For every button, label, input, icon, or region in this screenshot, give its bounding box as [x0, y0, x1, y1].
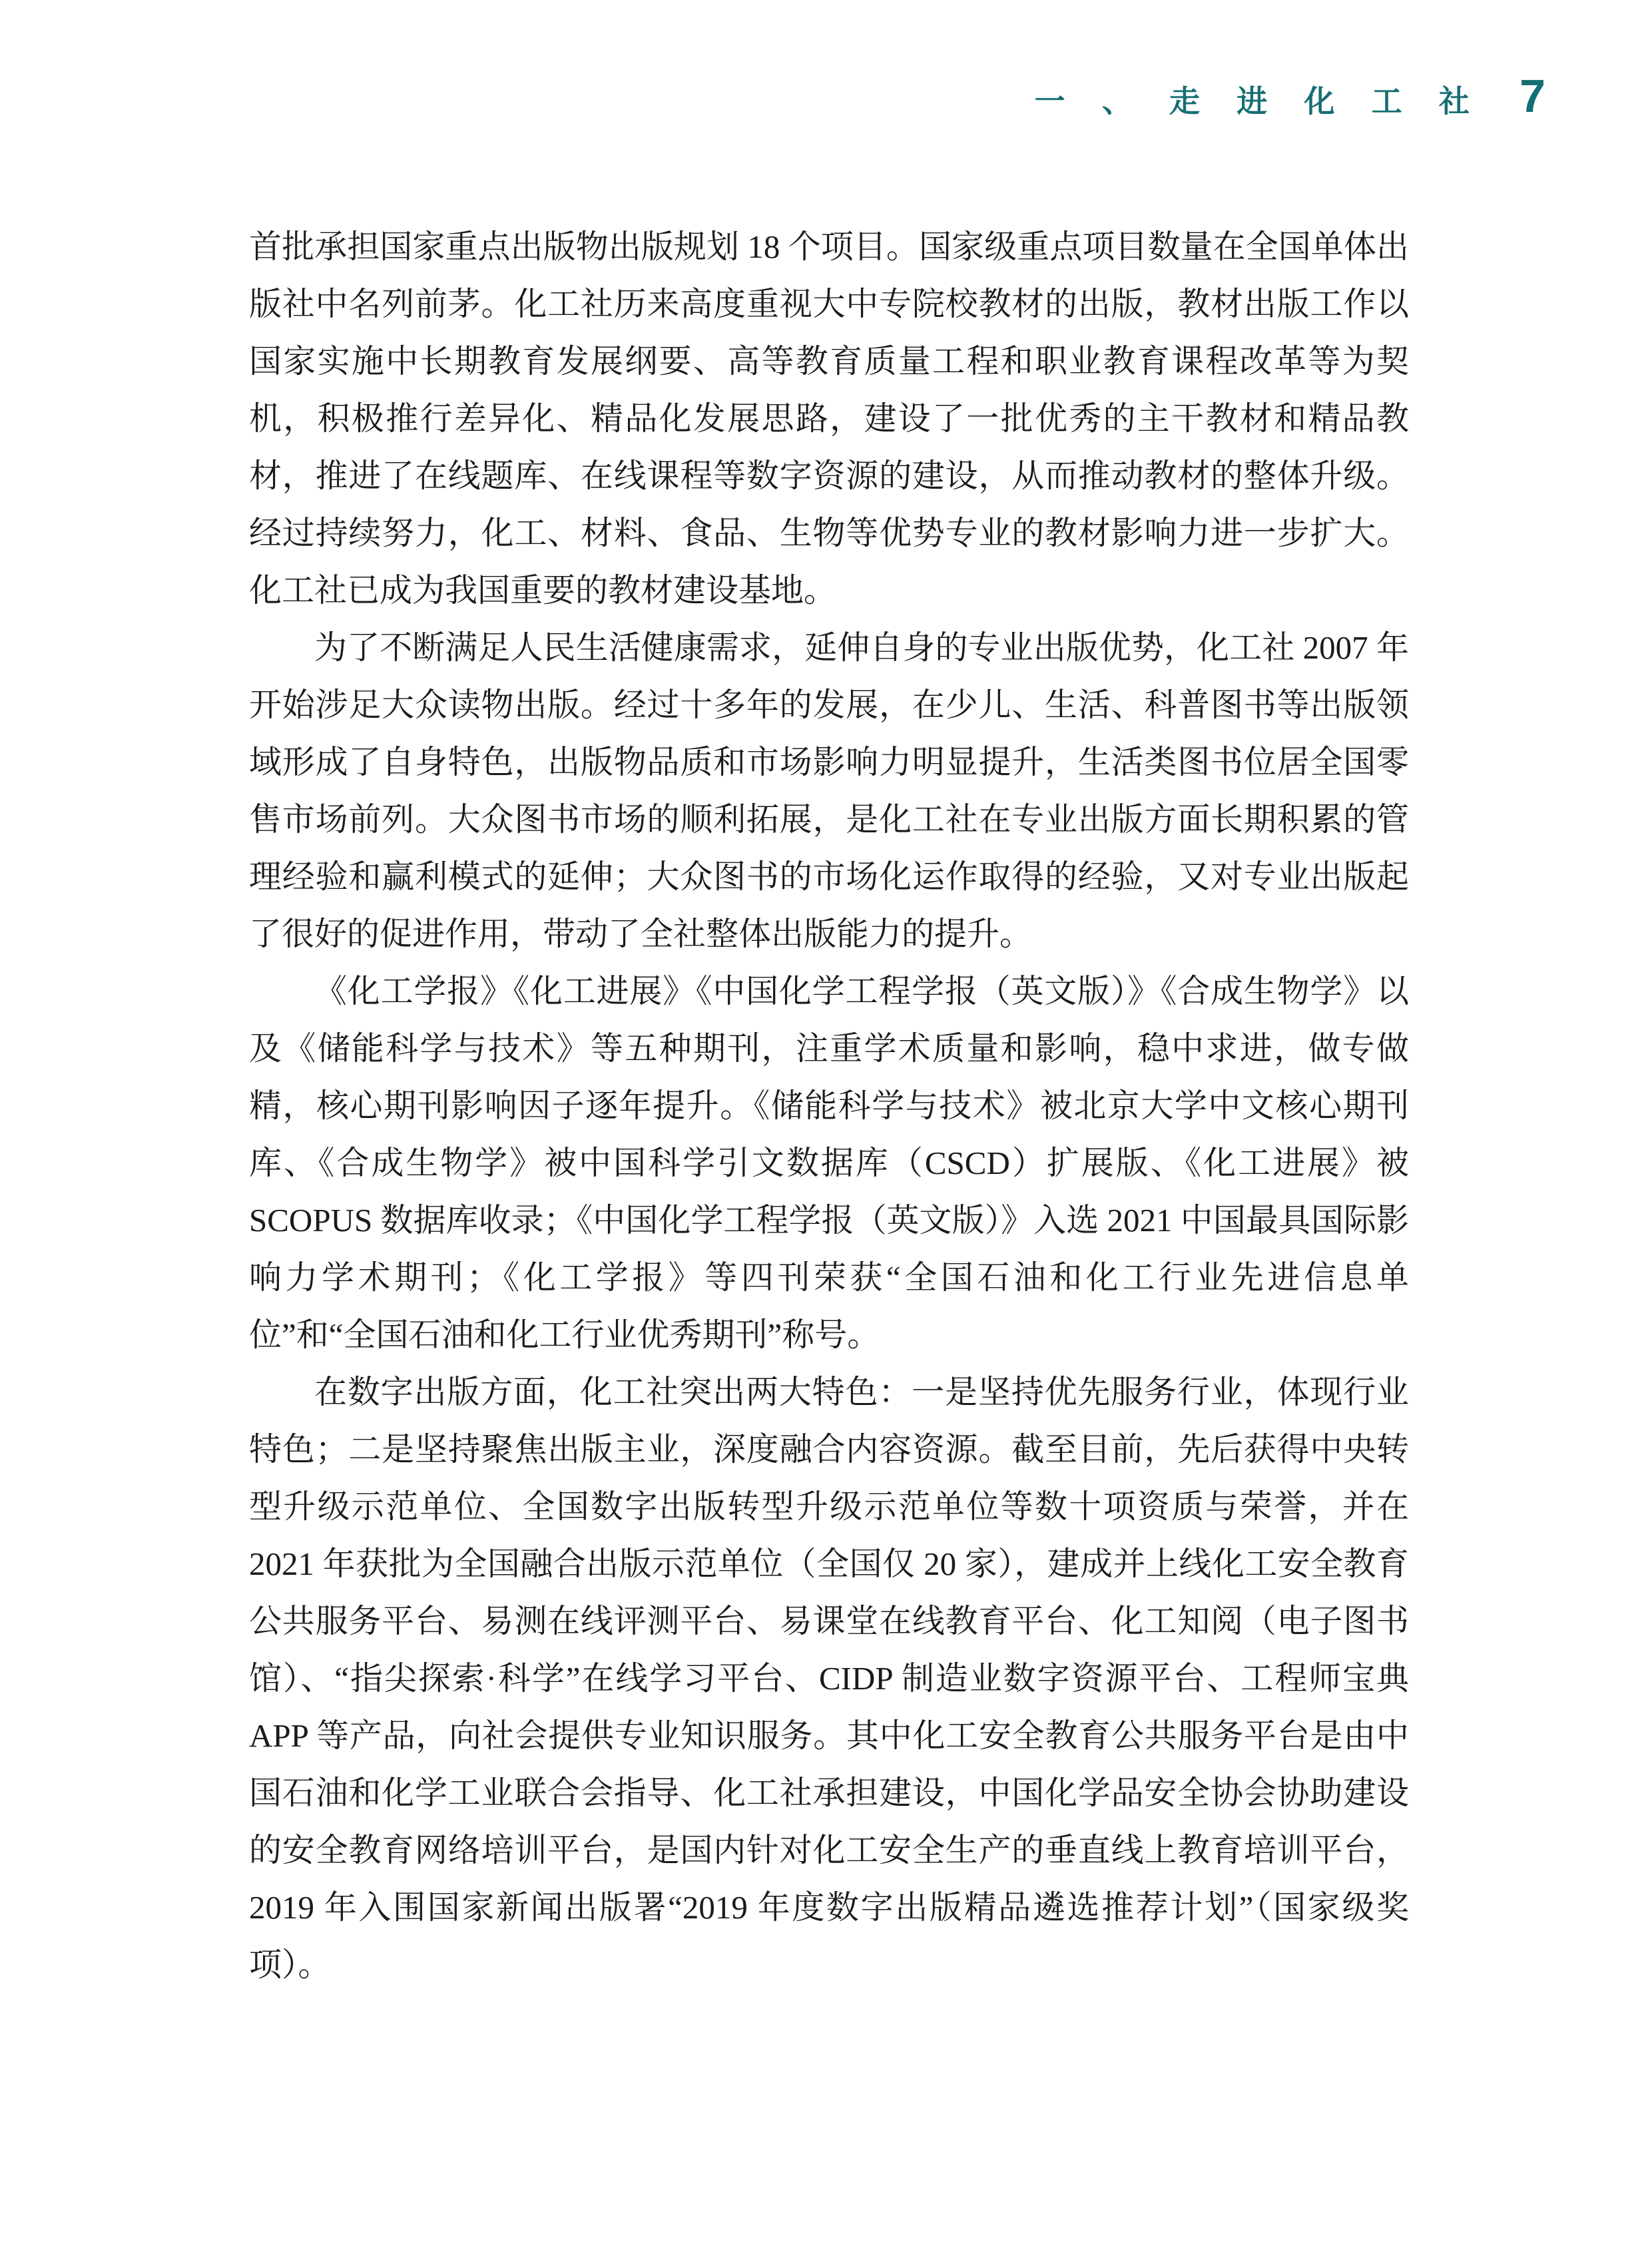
running-header: 一、走进化工社 7 [250, 69, 1545, 123]
page-number: 7 [1519, 69, 1545, 123]
document-page: 一、走进化工社 7 首批承担国家重点出版物出版规划 18 个项目。国家级重点项目… [0, 0, 1652, 2242]
paragraph-mass-publishing: 为了不断满足人民生活健康需求，延伸自身的专业出版优势，化工社 2007 年开始涉… [249, 619, 1409, 963]
chapter-title: 一、走进化工社 [1035, 77, 1506, 121]
paragraph-digital-publishing: 在数字出版方面，化工社突出两大特色：一是坚持优先服务行业，体现行业特色；二是坚持… [249, 1364, 1409, 1994]
body-text: 首批承担国家重点出版物出版规划 18 个项目。国家级重点项目数量在全国单体出版社… [249, 218, 1409, 1994]
paragraph-journals: 《化工学报》《化工进展》《中国化学工程学报（英文版）》《合成生物学》以及《储能科… [249, 963, 1409, 1364]
paragraph-continuation: 首批承担国家重点出版物出版规划 18 个项目。国家级重点项目数量在全国单体出版社… [249, 218, 1409, 619]
